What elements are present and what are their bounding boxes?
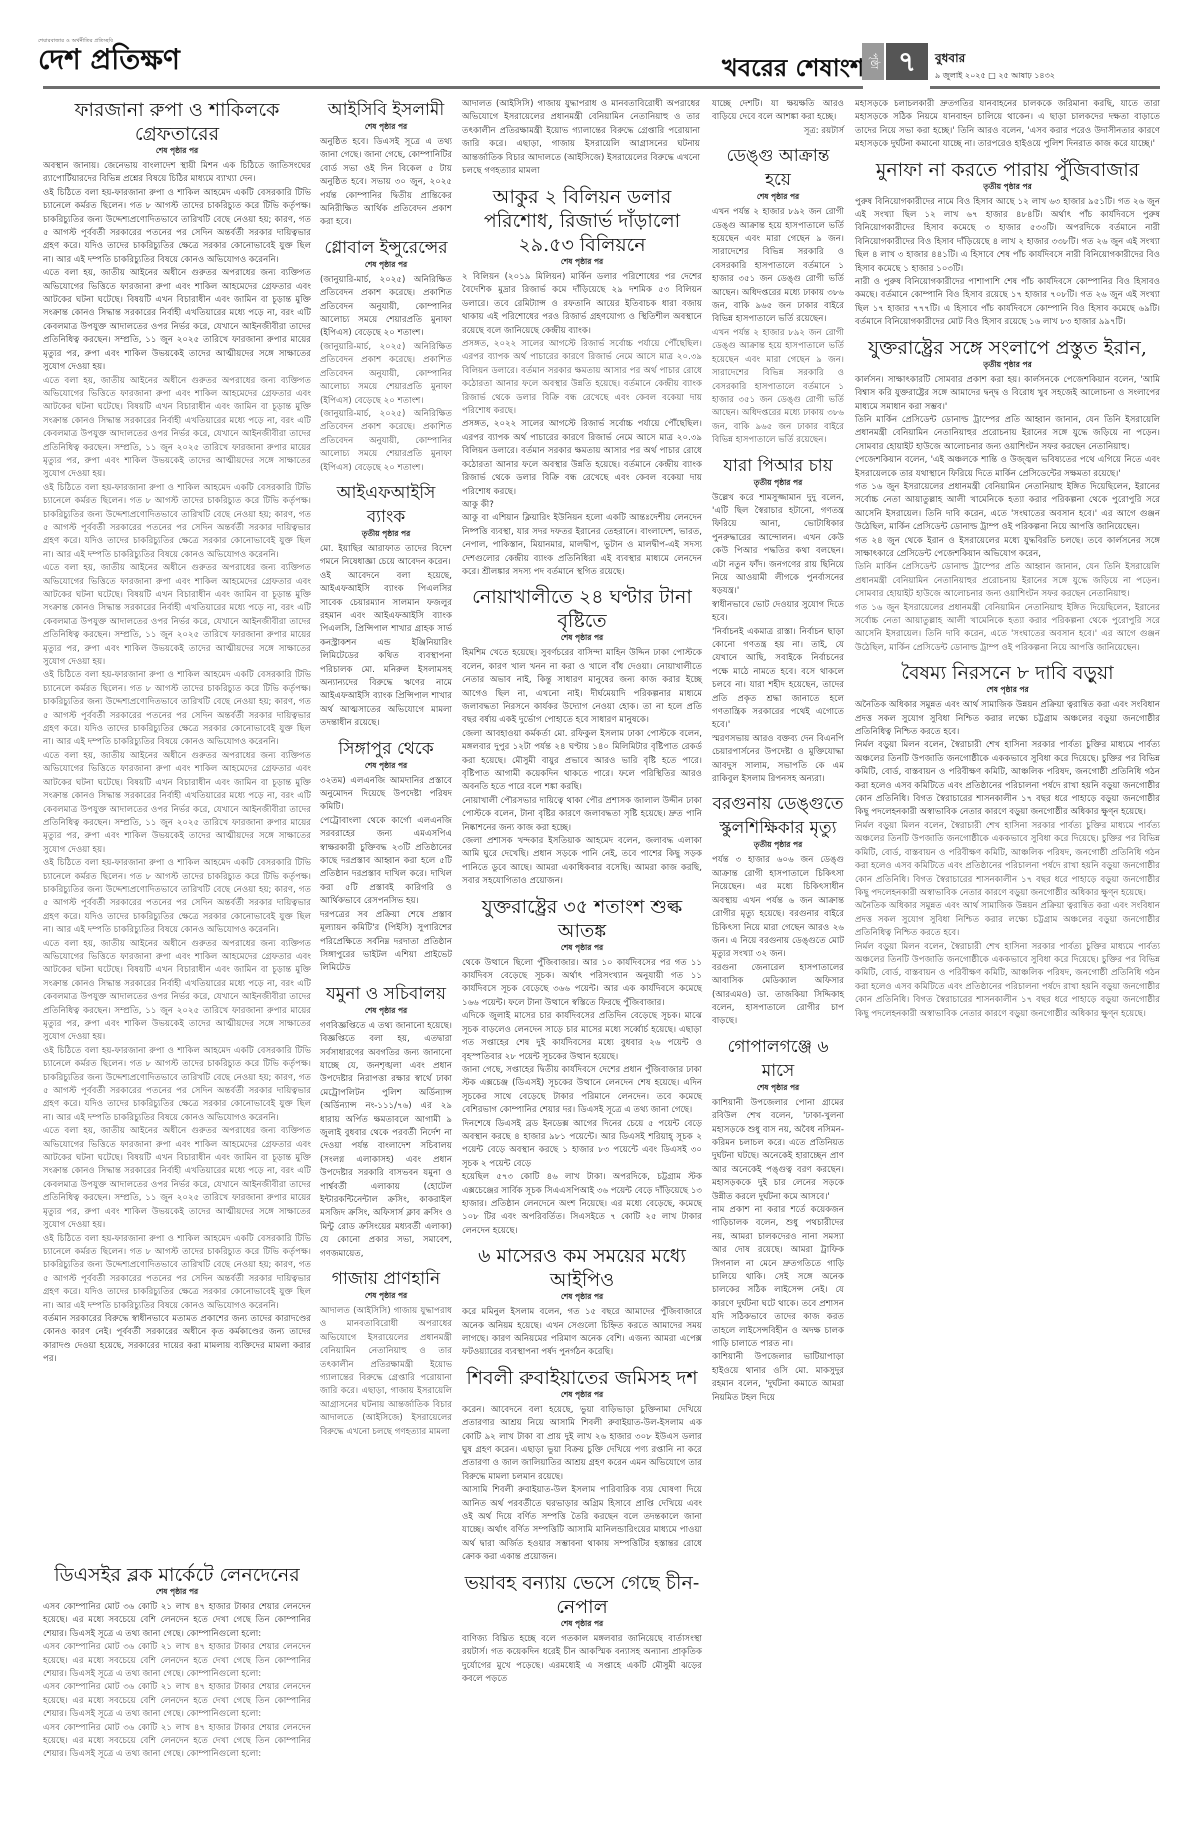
article-boishomma: বৈষম্য নিরসনে ৮ দাবি বড়ুয়া শেষ পৃষ্ঠার… [855, 661, 1160, 1021]
article-farzana: ফারজানা রুপা ও শাকিলকে গ্রেফতারের শেষ পৃ… [43, 98, 311, 1367]
article-us35: যুক্তরাষ্ট্রের ৩৫ শতাংশ শুল্ক আতঙ্ক শেষ … [462, 895, 702, 1239]
article-body: পুরুষ বিনিয়োগকারীদের নামে বিও হিসাব আছে… [855, 196, 1160, 330]
headline: বৈষম্য নিরসনে ৮ দাবি বড়ুয়া [855, 661, 1160, 685]
paragraph: আকু কী? [462, 499, 702, 512]
paragraph: হয়েছিল ৫৭৩ কোটি ৪৬ লাখ টাকা। অপরদিকে, চ… [462, 1171, 702, 1238]
article-barguna: বরগুনায় ডেঙ্গুতে স্কুলশিক্ষিকার মৃত্যু … [712, 792, 844, 1028]
weekday: বুধবার [935, 50, 1055, 70]
paragraph: আদালত (আইসিসি) গাজায় যুদ্ধাপরাধ ও মানবত… [462, 98, 700, 178]
paragraph: ওই চিঠিতে বলা হয়-ফারজানা রুপা ও শাকিল আ… [43, 1233, 311, 1313]
paragraph: জানা গেছে, সপ্তাহের দ্বিতীয় কার্যদিবসে … [462, 1064, 702, 1118]
article-body: থেকে উত্থানে ছিলো পুঁজিবাজার। আর ১০ কার্… [462, 957, 702, 1239]
jump-line: শেষ পৃষ্ঠার পর [320, 761, 452, 773]
article-body: মো. ইয়াছির আরাফাত তাদের বিদেশ গমনে নিষে… [320, 543, 452, 731]
article-highway-intro: মহাসড়কে চলাচলকারী দ্রুতগতির যানবাহনের চ… [855, 98, 1160, 152]
paragraph: বরগুনা জেনারেল হাসপাতালের আবাসিক মেডিক্য… [712, 962, 844, 1029]
paragraph: থেকে উত্থানে ছিলো পুঁজিবাজার। আর ১০ কার্… [462, 957, 702, 1011]
paragraph: এতে বলা হয়, জাতীয় আইনের অধীনে গুরুতর অ… [43, 938, 311, 1045]
jump-line: শেষ পৃষ্ঠার পর [320, 1291, 452, 1303]
paragraph: জেলা প্রশাসক খন্দকার ইসতিয়াক আহমেদ বলেন… [462, 835, 702, 889]
article-flood: ভয়াবহ বন্যায় ভেসে গেছে চীন-নেপাল শেষ প… [462, 1571, 702, 1687]
headline: ডেঙ্গু আক্রান্ত হয়ে [712, 144, 844, 192]
paragraph: নির্মল বড়ুয়া মিলন বলেন, স্বৈরাচারী শেখ… [855, 739, 1160, 819]
headline: শিবলী রুবাইয়াতের জমিসহ দশ [462, 1366, 702, 1390]
jump-line: শেষ পৃষ্ঠার পর [462, 1292, 702, 1304]
article-shibli: শিবলী রুবাইয়াতের জমিসহ দশ শেষ পৃষ্ঠার প… [462, 1366, 702, 1565]
column-3b: আকুর ২ বিলিয়ন ডলার পরিশোধ, রিজার্ভ দাঁড… [462, 185, 702, 1692]
article-jamuna: যমুনা ও সচিবালয় শেষ পৃষ্ঠার পর গণবিজ্ঞপ… [320, 982, 452, 1261]
paragraph: করে মমিনুল ইসলাম বলেন, গত ১৫ বছরে আমাদের… [462, 1306, 702, 1360]
article-pr: যারা পিআর চায় তৃতীয় পৃষ্ঠার পর উল্লেখ … [712, 454, 844, 787]
paragraph: নির্মল বড়ুয়া মিলন বলেন, স্বৈরাচারী শেখ… [855, 941, 1160, 1021]
paragraph: নির্মল বড়ুয়া মিলন বলেন, স্বৈরাচারী শেখ… [855, 820, 1160, 900]
article-body: এখন পর্যন্ত ২ হাজার ৮৯২ জন রোগী ডেঙ্গু আ… [712, 206, 844, 447]
jump-line: তৃতীয় পৃষ্ঠার পর [855, 360, 1160, 372]
paragraph: ওই চিঠিতে বলা হয়-ফারজানা রুপা ও শাকিল আ… [43, 1045, 311, 1125]
page-number: ৭ [886, 43, 928, 80]
paragraph: তিনি মার্কিন প্রেসিডেন্ট ডোনাল্ড ট্রাম্প… [855, 414, 1160, 454]
jump-line: শেষ পৃষ্ঠার পর [855, 685, 1160, 697]
column-2: আইসিবি ইসলামী শেষ পৃষ্ঠার পর অনুষ্ঠিত হব… [320, 98, 452, 1445]
headline: গ্লোবাল ইন্সুরেন্সের [320, 236, 452, 260]
paragraph: ওই চিঠিতে বলা হয়-ফারজানা রুপা ও শাকিল আ… [43, 669, 311, 749]
section-title: খবরের শেষাংশ [722, 50, 864, 90]
paragraph: স্বাধীনভাবে ভোট দেওয়ার সুযোগ দিতে হবে। [712, 599, 844, 626]
paragraph: (জানুয়ারি-মার্চ, ২০২৫) অনিরিক্ষিত প্রতি… [320, 408, 452, 475]
paragraph: গত ২৪ জুন থেকে ইরান ও ইসরায়েলের মধ্যে য… [855, 535, 1160, 562]
article-iran: যুক্তরাষ্ট্রের সঙ্গে সংলাপে প্রস্তুত ইরা… [855, 336, 1160, 656]
article-body: অনৈতিক অধিকার সমুন্নত এবং আর্থ সামাজিক উ… [855, 699, 1160, 1021]
column-5: মহাসড়কে চলাচলকারী দ্রুতগতির যানবাহনের চ… [855, 98, 1160, 1027]
article-dengue: ডেঙ্গু আক্রান্ত হয়ে শেষ পৃষ্ঠার পর এখন … [712, 144, 844, 447]
paragraph: মহাসড়কে চলাচলকারী দ্রুতগতির যানবাহনের চ… [855, 98, 1160, 152]
article-noakhali: নোয়াখালীতে ২৪ ঘণ্টার টানা বৃষ্টিতে শেষ … [462, 585, 702, 888]
article-body: অনুষ্ঠিত হবে। ডিএসই সূত্রে এ তথ্য জানা গ… [320, 136, 452, 230]
paragraph: 'নির্বাচনই একমাত্র রাস্তা। নির্বাচন ছাড়… [712, 626, 844, 733]
article-body: হিমশিম খেতে হয়েছে। সুবর্ণচরের বাসিন্দা … [462, 647, 702, 888]
column-4: যাচ্ছে দেশটি। যা ক্ষয়ক্ষতি আরও বাড়িয়ে… [712, 98, 844, 1411]
paragraph: স্মরণসভায় আরও বক্তব্য দেন বিএনপি চেয়ার… [712, 733, 844, 787]
jump-line: শেষ পৃষ্ঠার পর [462, 257, 702, 269]
gaza-intro-body: আদালত (আইসিসি) গাজায় যুদ্ধাপরাধ ও মানবত… [462, 98, 700, 178]
article-body: পর্যন্ত ৩ হাজার ৬০৬ জন ডেঙ্গু আক্রান্ত র… [712, 854, 844, 1028]
paragraph: পেজেশকিয়ান বলেন, 'এই অঞ্চলকে শান্তি ও উ… [855, 454, 1160, 481]
paragraph: দরপত্রের সব প্রক্রিয়া শেষে প্রস্তাব মূল… [320, 909, 452, 976]
headline: ৬ মাসেরও কম সময়ের মধ্যে আইপিও [462, 1244, 702, 1292]
logo-block: শেয়ারবাজার ও অর্থনীতির প্রতিচ্ছবি দেশ প… [38, 38, 180, 74]
paragraph: অনৈতিক অধিকার সমুন্নত এবং আর্থ সামাজিক উ… [855, 699, 1160, 739]
article-body: করে মমিনুল ইসলাম বলেন, গত ১৫ বছরে আমাদের… [462, 1306, 702, 1360]
paragraph: ওই চিঠিতে বলা হয়-ফারজানা রুপা ও শাকিল আ… [43, 857, 311, 937]
paragraph: প্রসঙ্গত, ২০২২ সালের আগস্টে রিজার্ভ সর্ব… [462, 338, 702, 418]
headline: গাজায় প্রাণহানি [320, 1267, 452, 1291]
headline: নোয়াখালীতে ২৪ ঘণ্টার টানা বৃষ্টিতে [462, 585, 702, 633]
jump-line: তৃতীয় পৃষ্ঠার পর [855, 182, 1160, 194]
paragraph: ওই চিঠিতে বলা হয়-ফারজানা রুপা ও শাকিল আ… [43, 482, 311, 562]
article-dse-block: ডিএসইর ব্লক মার্কেটে লেনদেনের শেষ পৃষ্ঠা… [43, 1563, 311, 1762]
article-body: অবস্থান জানায়। জেনেভায় বাংলাদেশ স্থায়… [43, 160, 311, 1367]
paragraph: এসব কোম্পানির মোট ৩৬ কোটি ২১ লাখ ৪৭ হাজা… [43, 1601, 311, 1641]
article-body: করেন। আবেদনে বলা হয়েছে, ভুয়া বাড়িভাড়… [462, 1404, 702, 1565]
article-body: কার্লসন। সাক্ষাৎকারটি সোমবার প্রকাশ করা … [855, 374, 1160, 656]
article-ific: আইএফআইসি ব্যাংক তৃতীয় পৃষ্ঠার পর মো. ইয… [320, 481, 452, 731]
jump-line: শেষ পৃষ্ঠার পর [712, 1083, 844, 1095]
paragraph: মো. ইয়াছির আরাফাত তাদের বিদেশ গমনে নিষে… [320, 543, 452, 570]
headline: ডিএসইর ব্লক মার্কেটে লেনদেনের [43, 1563, 311, 1587]
headline: যারা পিআর চায় [712, 454, 844, 478]
headline: মুনাফা না করতে পারায় পুঁজিবাজার [855, 158, 1160, 182]
paragraph: কাশিয়ানী উপজেলার পোনা গ্রামের রবিউল শেখ… [712, 1097, 844, 1204]
paragraph: তিনি মার্কিন প্রেসিডেন্ট ডোনাল্ড ট্রাম্প… [855, 561, 1160, 601]
date-line: ৯ জুলাই ২০২৫ □ ২৫ আষাঢ় ১৪৩২ [935, 70, 1055, 83]
paragraph: উল্লেখ করে শামসুজ্জামান দুদু বলেন, 'এটি … [712, 492, 844, 599]
headline: ফারজানা রুপা ও শাকিলকে গ্রেফতারের [43, 98, 311, 146]
article-munafa: মুনাফা না করতে পারায় পুঁজিবাজার তৃতীয় … [855, 158, 1160, 330]
paragraph: বাণিজ্য বিঘ্নিত হচ্ছে বলে গতকাল মঙ্গলবার… [462, 1633, 702, 1687]
paragraph: নাম প্রকাশ না করার শর্তে কয়েকজন গাড়িচা… [712, 1204, 844, 1351]
jump-line: শেষ পৃষ্ঠার পর [712, 192, 844, 204]
column-3: আদালত (আইসিসি) গাজায় যুদ্ধাপরাধ ও মানবত… [462, 98, 700, 178]
headline: আইএফআইসি ব্যাংক [320, 481, 452, 529]
paragraph: নারী ও পুরুষ বিনিয়োগকারীদের পাশাপাশি শে… [855, 276, 1160, 330]
article-nepal-intro: যাচ্ছে দেশটি। যা ক্ষয়ক্ষতি আরও বাড়িয়ে… [712, 98, 844, 138]
headline: সিঙ্গাপুর থেকে [320, 737, 452, 761]
paragraph: আদালত (আইসিসি) গাজায় যুদ্ধাপরাধ ও মানবত… [320, 1305, 452, 1439]
paragraph: বর্তমান সরকারের বিরুদ্ধে স্বাধীনভাবে মতা… [43, 1313, 311, 1367]
jump-line: শেষ পৃষ্ঠার পর [462, 943, 702, 955]
article-aku: আকুর ২ বিলিয়ন ডলার পরিশোধ, রিজার্ভ দাঁড… [462, 185, 702, 579]
article-icb: আইসিবি ইসলামী শেষ পৃষ্ঠার পর অনুষ্ঠিত হব… [320, 98, 452, 230]
source-credit: সূত্র: রয়টার্স [712, 125, 844, 138]
paragraph: নোয়াখালী পৌরসভার দায়িত্বে থাকা পৌর প্র… [462, 795, 702, 835]
paragraph: দিনশেষে ডিএসই ব্রড ইনডেক্স আগের দিনের চে… [462, 1118, 702, 1172]
paragraph: কার্লসন। সাক্ষাৎকারটি সোমবার প্রকাশ করা … [855, 374, 1160, 414]
jump-line: শেষ পৃষ্ঠার পর [320, 260, 452, 272]
paragraph: জেলা আবহাওয়া কর্মকর্তা মো. রফিকুল ইসলাম… [462, 728, 702, 795]
jump-line: তৃতীয় পৃষ্ঠার পর [712, 840, 844, 852]
paragraph: ওই আবেদনে বলা হয়েছে, আইএফআইসি ব্যাংক পি… [320, 570, 452, 731]
article-gopalganj: গোপালগঞ্জে ৬ মাসে শেষ পৃষ্ঠার পর কাশিয়া… [712, 1035, 844, 1405]
article-gaza: গাজায় প্রাণহানি শেষ পৃষ্ঠার পর আদালত (আ… [320, 1267, 452, 1439]
paragraph: আকু বা এশিয়ান ক্লিয়ারিং ইউনিয়ন হলো এক… [462, 512, 702, 579]
jump-line: শেষ পৃষ্ঠার পর [462, 1619, 702, 1631]
paragraph: এখন পর্যন্ত ২ হাজার ৮৯২ জন রোগী ডেঙ্গু আ… [712, 206, 844, 327]
paragraph: পর্যন্ত ৩ হাজার ৬০৬ জন ডেঙ্গু আক্রান্ত র… [712, 854, 844, 961]
paragraph: যাচ্ছে দেশটি। যা ক্ষয়ক্ষতি আরও বাড়িয়ে… [712, 98, 844, 125]
paragraph: গণবিজ্ঞপ্তিতে এ তথ্য জানানো হয়েছে। বিজ্… [320, 1020, 452, 1261]
article-body: ৩২তম) এলএনজি আমদানির প্রস্তাবে অনুমোদন দ… [320, 775, 452, 976]
headline: আকুর ২ বিলিয়ন ডলার পরিশোধ, রিজার্ভ দাঁড… [462, 185, 702, 257]
article-body: (জানুয়ারি-মার্চ, ২০২৫) অনিরিক্ষিত প্রতি… [320, 274, 452, 475]
article-singapore: সিঙ্গাপুর থেকে শেষ পৃষ্ঠার পর ৩২তম) এলএন… [320, 737, 452, 976]
paragraph: এতে বলা হয়, জাতীয় আইনের অধীনে গুরুতর অ… [43, 750, 311, 857]
article-body: আদালত (আইসিসি) গাজায় যুদ্ধাপরাধ ও মানবত… [320, 1305, 452, 1439]
jump-line: শেষ পৃষ্ঠার পর [462, 633, 702, 645]
paragraph: এসব কোম্পানির মোট ৩৬ কোটি ২১ লাখ ৪৭ হাজা… [43, 1722, 311, 1762]
paragraph: এসব কোম্পানির মোট ৩৬ কোটি ২১ লাখ ৪৭ হাজা… [43, 1641, 311, 1681]
date-block: বুধবার ৯ জুলাই ২০২৫ □ ২৫ আষাঢ় ১৪৩২ [935, 50, 1055, 83]
headline: বরগুনায় ডেঙ্গুতে স্কুলশিক্ষিকার মৃত্যু [712, 792, 844, 840]
article-body: মহাসড়কে চলাচলকারী দ্রুতগতির যানবাহনের চ… [855, 98, 1160, 152]
paragraph: ৩২তম) এলএনজি আমদানির প্রস্তাবে অনুমোদন দ… [320, 775, 452, 815]
paragraph: অবস্থান জানায়। জেনেভায় বাংলাদেশ স্থায়… [43, 160, 311, 187]
jump-line: শেষ পৃষ্ঠার পর [320, 1006, 452, 1018]
paragraph: গত ১৬ জুন ইসরায়েলের প্রধানমন্ত্রী বেনিয… [855, 602, 1160, 656]
headline: ভয়াবহ বন্যায় ভেসে গেছে চীন-নেপাল [462, 1571, 702, 1619]
paragraph: অনুষ্ঠিত হবে। ডিএসই সূত্রে এ তথ্য জানা গ… [320, 136, 452, 230]
paragraph: এতে বলা হয়, জাতীয় আইনের অধীনে গুরুতর অ… [43, 1125, 311, 1232]
paragraph: অনৈতিক অধিকার সমুন্নত এবং আর্থ সামাজিক উ… [855, 900, 1160, 940]
paragraph: কাশিয়ানী উপজেলার ভাটিয়াপাড়া হাইওয়ে থ… [712, 1351, 844, 1405]
article-body: এসব কোম্পানির মোট ৩৬ কোটি ২১ লাখ ৪৭ হাজা… [43, 1601, 311, 1762]
article-ipo: ৬ মাসেরও কম সময়ের মধ্যে আইপিও শেষ পৃষ্ঠ… [462, 1244, 702, 1360]
paragraph: এখন পর্যন্ত ২ হাজার ৮৯২ জন রোগী ডেঙ্গু আ… [712, 327, 844, 448]
jump-line: তৃতীয় পৃষ্ঠার পর [712, 478, 844, 490]
paragraph: এতে বলা হয়, জাতীয় আইনের অধীনে গুরুতর অ… [43, 562, 311, 669]
page-label: পৃষ্ঠা [862, 43, 884, 80]
paragraph: এদিকে জুলাই মাসের চার কার্যদিবসের প্রতিদ… [462, 1010, 702, 1064]
paragraph: করেন। আবেদনে বলা হয়েছে, ভুয়া বাড়িভাড়… [462, 1404, 702, 1484]
jump-line: তৃতীয় পৃষ্ঠার পর [320, 529, 452, 541]
paragraph: গত ১৬ জুন ইসরায়েলের প্রধানমন্ত্রী বেনিয… [855, 481, 1160, 535]
paragraph: পেট্রোবাংলা থেকে কার্গো এলএনজি সরবরাহের … [320, 815, 452, 909]
masthead: শেয়ারবাজার ও অর্থনীতির প্রতিচ্ছবি দেশ প… [0, 0, 1200, 80]
jump-line: শেষ পৃষ্ঠার পর [320, 122, 452, 134]
article-body: ২ বিলিয়ন (২০১৯ মিলিয়ন) মার্কিন ডলার পর… [462, 271, 702, 579]
article-body: কাশিয়ানী উপজেলার পোনা গ্রামের রবিউল শেখ… [712, 1097, 844, 1405]
headline: আইসিবি ইসলামী [320, 98, 452, 122]
paragraph: এসব কোম্পানির মোট ৩৬ কোটি ২১ লাখ ৪৭ হাজা… [43, 1681, 311, 1721]
headline: যুক্তরাষ্ট্রের সঙ্গে সংলাপে প্রস্তুত ইরা… [855, 336, 1160, 360]
paragraph: (জানুয়ারি-মার্চ, ২০২৫) অনিরিক্ষিত প্রতি… [320, 274, 452, 341]
headline: যুক্তরাষ্ট্রের ৩৫ শতাংশ শুল্ক আতঙ্ক [462, 895, 702, 943]
paragraph: প্রসঙ্গত, ২০২২ সালের আগস্টে রিজার্ভ সর্ব… [462, 418, 702, 498]
paragraph: (জানুয়ারি-মার্চ, ২০২৫) অনিরিক্ষিত প্রতি… [320, 341, 452, 408]
jump-line: শেষ পৃষ্ঠার পর [462, 1390, 702, 1402]
paragraph: এতে বলা হয়, জাতীয় আইনের অধীনে গুরুতর অ… [43, 267, 311, 374]
article-global: গ্লোবাল ইন্সুরেন্সের শেষ পৃষ্ঠার পর (জান… [320, 236, 452, 475]
headline: গোপালগঞ্জে ৬ মাসে [712, 1035, 844, 1083]
paragraph: হিমশিম খেতে হয়েছে। সুবর্ণচরের বাসিন্দা … [462, 647, 702, 727]
paragraph: আসামি শিবলী রুবাইয়াত-উল ইসলাম পারিবারিক… [462, 1484, 702, 1564]
jump-line: শেষ পৃষ্ঠার পর [43, 146, 311, 158]
article-body: উল্লেখ করে শামসুজ্জামান দুদু বলেন, 'এটি … [712, 492, 844, 787]
jump-line: শেষ পৃষ্ঠার পর [43, 1587, 311, 1599]
paragraph: ২ বিলিয়ন (২০১৯ মিলিয়ন) মার্কিন ডলার পর… [462, 271, 702, 338]
header-rule-left [43, 86, 863, 89]
newspaper-logo: দেশ প্রতিক্ষণ [38, 46, 180, 74]
header-rule-right [930, 86, 1160, 89]
headline: যমুনা ও সচিবালয় [320, 982, 452, 1006]
paragraph: পুরুষ বিনিয়োগকারীদের নামে বিও হিসাব আছে… [855, 196, 1160, 276]
paragraph: এতে বলা হয়, জাতীয় আইনের অধীনে গুরুতর অ… [43, 375, 311, 482]
paragraph: ওই চিঠিতে বলা হয়-ফারজানা রুপা ও শাকিল আ… [43, 187, 311, 267]
column-1: ফারজানা রুপা ও শাকিলকে গ্রেফতারের শেষ পৃ… [43, 98, 311, 1373]
article-body: বাণিজ্য বিঘ্নিত হচ্ছে বলে গতকাল মঙ্গলবার… [462, 1633, 702, 1687]
article-body: গণবিজ্ঞপ্তিতে এ তথ্য জানানো হয়েছে। বিজ্… [320, 1020, 452, 1261]
article-body: যাচ্ছে দেশটি। যা ক্ষয়ক্ষতি আরও বাড়িয়ে… [712, 98, 844, 138]
